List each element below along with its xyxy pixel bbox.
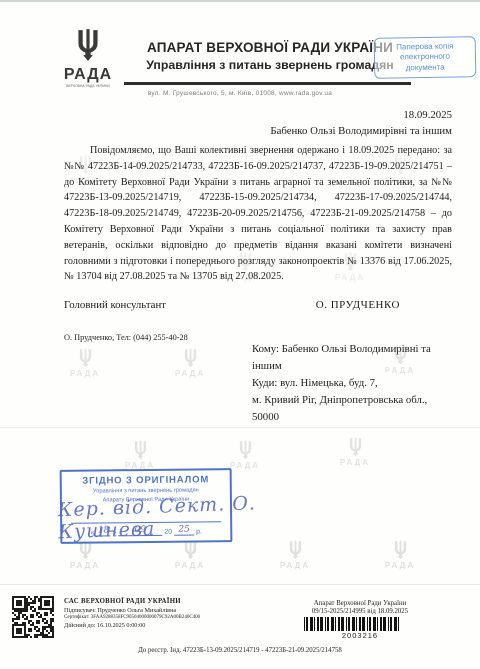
rada-logo: РАДА ВЕРХОВНА РАДА УКРАЇНИ bbox=[57, 28, 119, 88]
rada-watermark: РАДА bbox=[105, 440, 175, 470]
sas-valid-until: Дійсний до: 16.10.2025 0:00:00 bbox=[64, 622, 200, 629]
tryzub-trident-icon bbox=[288, 540, 303, 560]
tryzub-trident-icon bbox=[183, 540, 198, 560]
paper-copy-stamp-line: документа bbox=[378, 62, 472, 74]
rada-watermark: РАДА bbox=[210, 440, 280, 470]
scan-seam bbox=[0, 427, 480, 428]
rada-watermark: РАДА bbox=[320, 437, 390, 467]
sas-signer: Підписувач: Прудченко Ольга Михайлівна bbox=[64, 607, 200, 614]
logo-wordmark: РАДА bbox=[57, 67, 119, 82]
addressee-line: Бабенко Ользі Володимирівні та іншим bbox=[64, 125, 452, 137]
registration-block: Апарат Верховної Ради України 09/15-2025… bbox=[282, 600, 438, 640]
qr-code bbox=[12, 596, 54, 638]
org-address: вул. М. Грушевського, 5, м. Київ, 01008,… bbox=[60, 90, 420, 97]
reg-org: Апарат Верховної Ради України bbox=[282, 600, 438, 607]
rada-watermark: РАДА bbox=[50, 348, 120, 378]
department-name: Управління з питань звернень громадян bbox=[128, 58, 412, 72]
tryzub-trident-icon bbox=[393, 540, 408, 560]
sas-signature-block: САС ВЕРХОВНОЇ РАДИ УКРАЇНИ Підписувач: П… bbox=[64, 598, 200, 629]
header-rule bbox=[124, 82, 411, 85]
signature-row: Головний консультант О. ПРУДЧЕНКО bbox=[64, 299, 452, 311]
rada-watermark: РАДА bbox=[50, 540, 120, 570]
rada-watermark: РАДА bbox=[260, 540, 330, 570]
tryzub-trident-icon bbox=[238, 440, 253, 460]
rada-watermark: РАДА bbox=[365, 540, 435, 570]
rada-watermark: РАДА bbox=[155, 540, 225, 570]
tryzub-trident-icon bbox=[75, 28, 101, 62]
signer-title: Головний консультант bbox=[64, 299, 166, 311]
tryzub-trident-icon bbox=[348, 437, 363, 457]
signer-name: О. ПРУДЧЕНКО bbox=[316, 299, 452, 311]
reg-number: 09/15-2025/214995 від 18.09.2025 bbox=[282, 608, 438, 615]
registry-index-line: До реєстр. Інд. 47223Б-13-09.2025/214719… bbox=[0, 647, 480, 654]
letter-body: Повідомляємо, що Ваші колективні звернен… bbox=[64, 143, 452, 285]
sas-title: САС ВЕРХОВНОЇ РАДИ УКРАЇНИ bbox=[64, 598, 200, 605]
logo-subtext: ВЕРХОВНА РАДА УКРАЇНИ bbox=[57, 84, 119, 88]
contact-line: О. Прудченко, Тел: (044) 255-40-28 bbox=[64, 333, 188, 342]
recipient-address-line: м. Кривий Ріг, Дніпропетровська обл., bbox=[252, 392, 450, 409]
scan-edge bbox=[0, 0, 480, 2]
barcode bbox=[304, 617, 416, 631]
tryzub-trident-icon bbox=[183, 348, 198, 368]
document-page: РАДА РАДА РАДА РАДА РАДА РАДА РАДА РАДА … bbox=[0, 0, 480, 669]
recipient-address-line: 50000 bbox=[252, 409, 450, 426]
recipient-to: Кому: Бабенко Ользі Володимирівні та інш… bbox=[252, 341, 450, 375]
rada-watermark: РАДА bbox=[155, 348, 225, 378]
barcode-number: 2003216 bbox=[282, 631, 438, 640]
letter-date: 18.09.2025 bbox=[64, 109, 452, 121]
sas-certificate: Сертифікат: 3FAA9288358FC90504000000079C… bbox=[64, 615, 200, 620]
handwritten-signature: Кер. від. Сект. О. Кушнева bbox=[57, 489, 358, 543]
letterhead: АПАРАТ ВЕРХОВНОЇ РАДИ УКРАЇНИ Управління… bbox=[128, 40, 412, 72]
stamp-title: ЗГІДНО З ОРИГІНАЛОМ bbox=[67, 474, 225, 487]
tryzub-trident-icon bbox=[78, 348, 93, 368]
recipient-where: Куди: вул. Німецька, буд. 7, bbox=[252, 375, 450, 392]
recipient-block: Кому: Бабенко Ользі Володимирівні та інш… bbox=[252, 341, 450, 426]
paper-copy-stamp: Паперова копія електронного документа bbox=[374, 36, 477, 79]
tryzub-trident-icon bbox=[133, 440, 148, 460]
org-name: АПАРАТ ВЕРХОВНОЇ РАДИ УКРАЇНИ bbox=[128, 40, 412, 55]
footer-separator bbox=[0, 584, 480, 585]
